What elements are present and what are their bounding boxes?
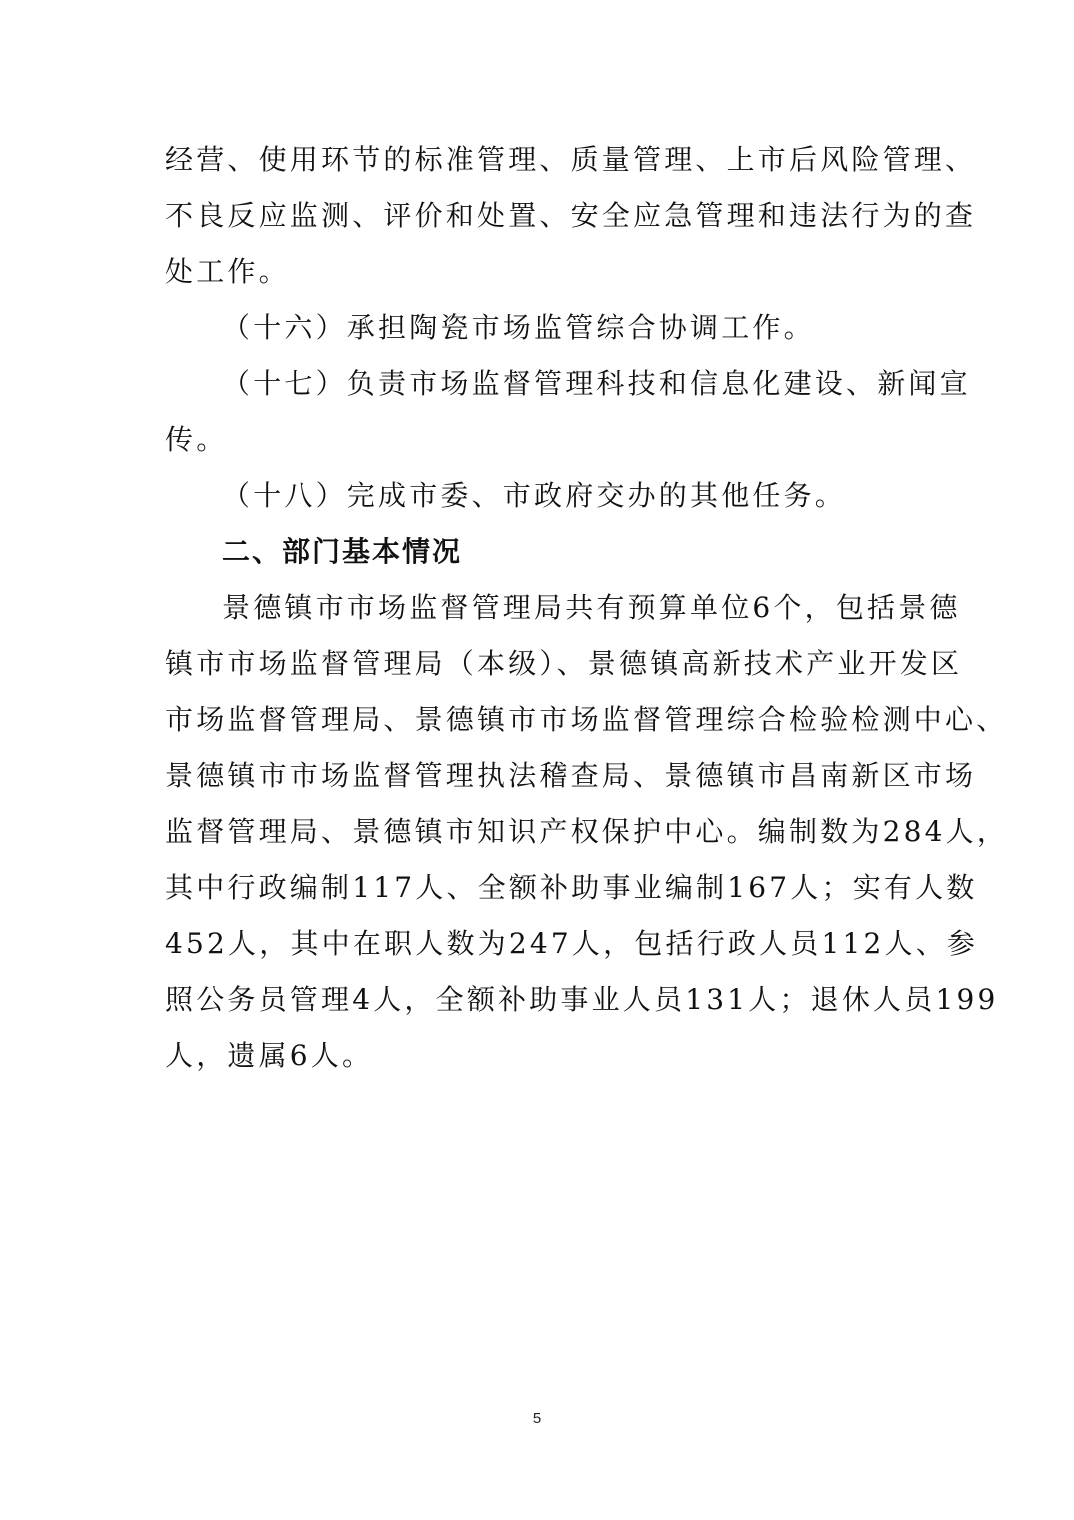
paragraph-line: 照公务员管理4人，全额补助事业人员131人；退休人员199 [165,980,925,1020]
text-line: 不良反应监测、评价和处置、安全应急管理和违法行为的查 [165,196,925,236]
paragraph-line: 市场监督管理局、景德镇市市场监督管理综合检验检测中心、 [165,700,925,740]
document-page: 经营、使用环节的标准管理、质量管理、上市后风险管理、 不良反应监测、评价和处置、… [0,0,1074,1520]
paragraph-line: 监督管理局、景德镇市知识产权保护中心。编制数为284人， [165,812,925,852]
list-item-17: （十七）负责市场监督管理科技和信息化建设、新闻宣 [222,364,982,404]
page-number: 5 [527,1410,547,1427]
section-heading: 二、部门基本情况 [222,532,462,572]
paragraph-line: 人，遗属6人。 [165,1036,925,1076]
paragraph-line: 景德镇市市场监督管理局共有预算单位6个，包括景德 [222,588,982,628]
list-item-16: （十六）承担陶瓷市场监管综合协调工作。 [222,308,982,348]
paragraph-line: 其中行政编制117人、全额补助事业编制167人；实有人数 [165,868,925,908]
list-item-17-continued: 传。 [165,420,925,460]
paragraph-line: 镇市市场监督管理局（本级）、景德镇高新技术产业开发区 [165,644,925,684]
text-line: 处工作。 [165,252,925,292]
paragraph-line: 景德镇市市场监督管理执法稽查局、景德镇市昌南新区市场 [165,756,925,796]
text-line: 经营、使用环节的标准管理、质量管理、上市后风险管理、 [165,140,925,180]
paragraph-line: 452人，其中在职人数为247人，包括行政人员112人、参 [165,924,925,964]
list-item-18: （十八）完成市委、市政府交办的其他任务。 [222,476,982,516]
